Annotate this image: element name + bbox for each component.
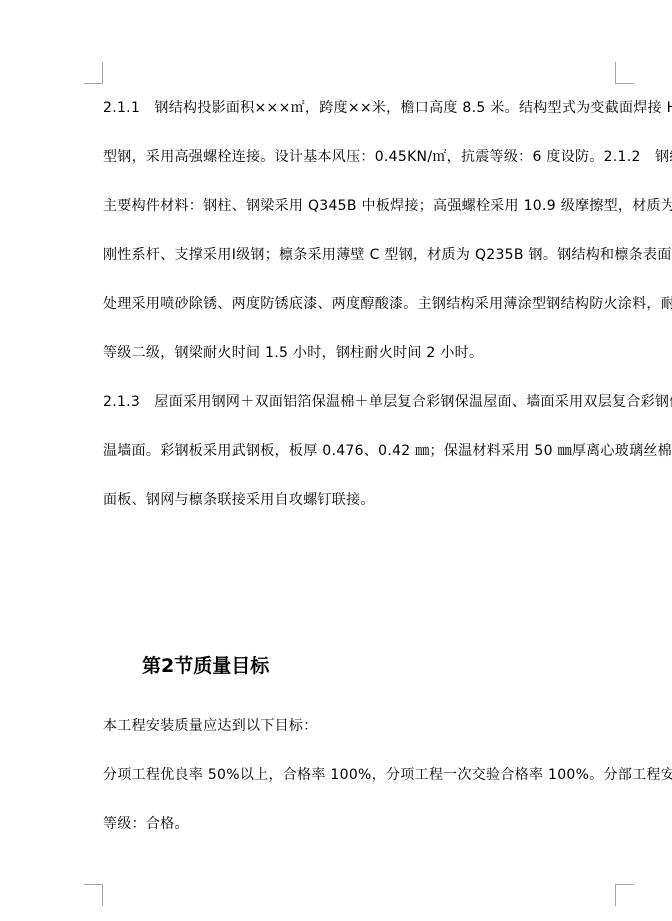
text-line: 刚性系杆、支撑采用Ⅰ级钢；檩条采用薄壁 C 型钢，材质为 Q235B 钢。钢结构… xyxy=(103,231,615,280)
paragraphs-2-1: 2.1.1 钢结构投影面积×××㎡，跨度××米，檐口高度 8.5 米。结构型式为… xyxy=(103,84,615,525)
text-line: 2.1.1 钢结构投影面积×××㎡，跨度××米，檐口高度 8.5 米。结构型式为… xyxy=(103,84,615,133)
document-page: 2.1.1 钢结构投影面积×××㎡，跨度××米，檐口高度 8.5 米。结构型式为… xyxy=(0,0,672,921)
crop-mark-bottom-right-icon xyxy=(615,884,634,906)
text-line: 等级：合格。 xyxy=(103,800,615,849)
text-line: 温墙面。彩钢板采用武钢板，板厚 0.476、0.42 ㎜；保温材料采用 50 ㎜… xyxy=(103,427,615,476)
text-line: 型钢，采用高强螺栓连接。设计基本风压：0.45KN/㎡，抗震等级：6 度设防。2… xyxy=(103,133,615,182)
page-text-area: 2.1.1 钢结构投影面积×××㎡，跨度××米，檐口高度 8.5 米。结构型式为… xyxy=(103,84,615,884)
text-line: 处理采用喷砂除锈、两度防锈底漆、两度醇酸漆。主钢结构采用薄涂型钢结构防火涂料，耐… xyxy=(103,280,615,329)
section-heading: 第2节质量目标 xyxy=(142,655,269,678)
crop-mark-top-right-icon xyxy=(615,62,634,84)
text-line: 面板、钢网与檩条联接采用自攻螺钉联接。 xyxy=(103,476,615,525)
crop-mark-top-left-icon xyxy=(84,62,103,84)
quality-goal-paragraphs: 本工程安装质量应达到以下目标： 分项工程优良率 50%以上，合格率 100%，分… xyxy=(103,702,615,849)
text-line: 本工程安装质量应达到以下目标： xyxy=(103,702,615,751)
text-line: 2.1.3 屋面采用钢网＋双面铝箔保温棉＋单层复合彩钢保温屋面、墙面采用双层复合… xyxy=(103,378,615,427)
text-line: 主要构件材料：钢柱、钢梁采用 Q345B 中板焊接；高强螺栓采用 10.9 级摩… xyxy=(103,182,615,231)
text-line: 分项工程优良率 50%以上，合格率 100%，分项工程一次交验合格率 100%。… xyxy=(103,751,615,800)
crop-mark-bottom-left-icon xyxy=(84,884,103,906)
text-line: 等级二级，钢梁耐火时间 1.5 小时，钢柱耐火时间 2 小时。 xyxy=(103,329,615,378)
